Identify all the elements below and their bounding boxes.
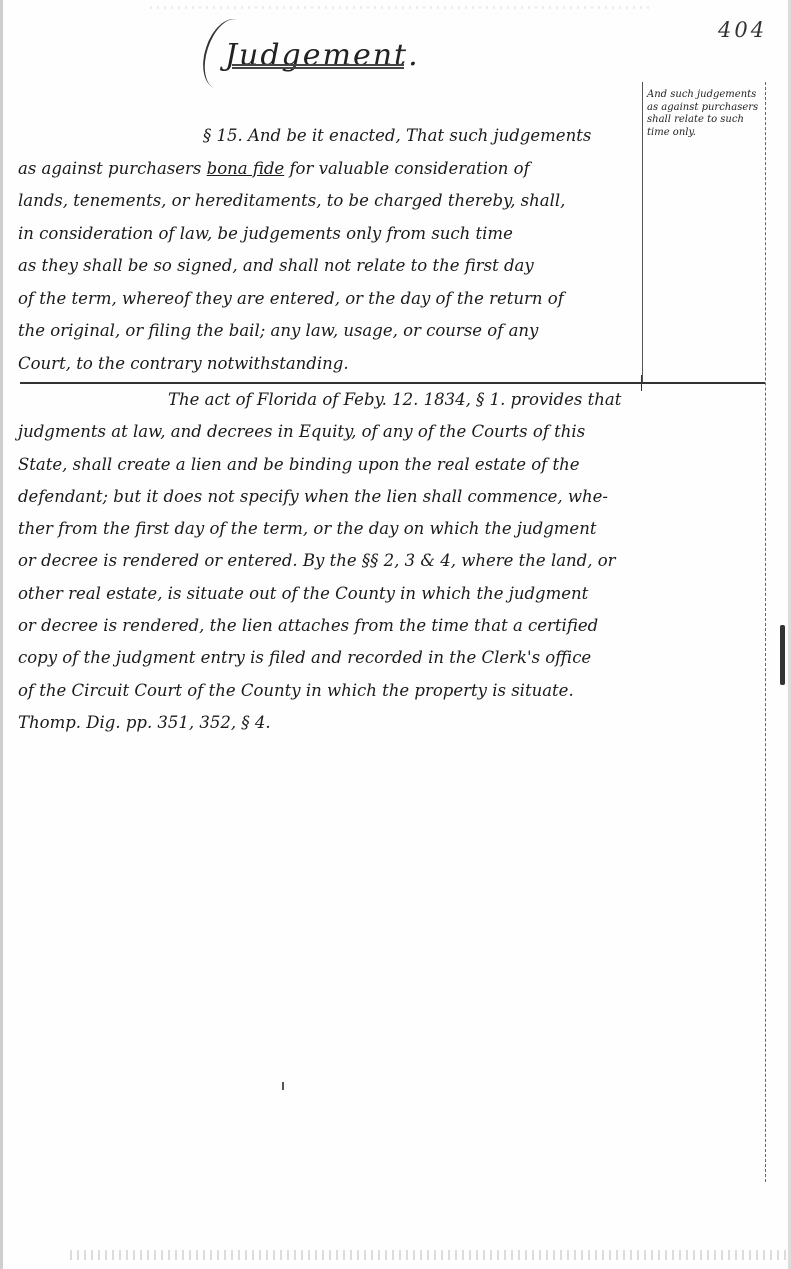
text-line: or decree is rendered, the lien attaches… bbox=[18, 610, 758, 642]
text-line: other real estate, is situate out of the… bbox=[18, 578, 758, 610]
scan-smudge bbox=[780, 625, 785, 685]
text-line: of the Circuit Court of the County in wh… bbox=[18, 675, 758, 707]
text-line: of the term, whereof they are entered, o… bbox=[18, 283, 633, 316]
margin-column-left-rule bbox=[642, 82, 643, 382]
margin-note-line: shall relate to such bbox=[647, 114, 765, 127]
florida-note-text: The act of Florida of Feby. 12. 1834, § … bbox=[18, 384, 758, 739]
text-line: The act of Florida of Feby. 12. 1834, § … bbox=[18, 384, 758, 416]
title-underline-second bbox=[232, 67, 404, 69]
text-line: the original, or filing the bail; any la… bbox=[18, 315, 633, 348]
margin-note: And such judgements as against purchaser… bbox=[647, 89, 765, 139]
text-line: Thomp. Dig. pp. 351, 352, § 4. bbox=[18, 707, 758, 739]
text-line: as they shall be so signed, and shall no… bbox=[18, 250, 633, 283]
underlined-phrase: bona fide bbox=[207, 159, 285, 178]
text-line: lands, tenements, or hereditaments, to b… bbox=[18, 185, 633, 218]
scan-noise-bottom bbox=[70, 1250, 790, 1260]
text-line: in consideration of law, be judgements o… bbox=[18, 218, 633, 251]
margin-note-line: time only. bbox=[647, 127, 765, 140]
manuscript-page: 404 Judgement. And such judgements as ag… bbox=[0, 0, 791, 1269]
text-line: State, shall create a lien and be bindin… bbox=[18, 449, 758, 481]
text-line: defendant; but it does not specify when … bbox=[18, 481, 758, 513]
text-line: copy of the judgment entry is filed and … bbox=[18, 642, 758, 674]
margin-note-line: And such judgements bbox=[647, 89, 765, 102]
margin-column-right-rule bbox=[765, 82, 767, 1182]
section-15-text: § 15. And be it enacted, That such judge… bbox=[18, 120, 633, 380]
text-line: or decree is rendered or entered. By the… bbox=[18, 545, 758, 577]
text-line: judgments at law, and decrees in Equity,… bbox=[18, 416, 758, 448]
text-line: ther from the first day of the term, or … bbox=[18, 513, 758, 545]
text-line-with-underline: as against purchasers bona fide for valu… bbox=[18, 153, 633, 186]
scan-left-edge bbox=[0, 0, 3, 1269]
scan-noise-top bbox=[150, 6, 650, 9]
text-line: § 15. And be it enacted, That such judge… bbox=[18, 120, 633, 153]
text-line: Court, to the contrary notwithstanding. bbox=[18, 348, 633, 381]
margin-note-line: as against purchasers bbox=[647, 102, 765, 115]
stray-ink-mark bbox=[282, 1082, 284, 1090]
title-underline bbox=[232, 64, 404, 66]
page-number: 404 bbox=[718, 18, 767, 42]
